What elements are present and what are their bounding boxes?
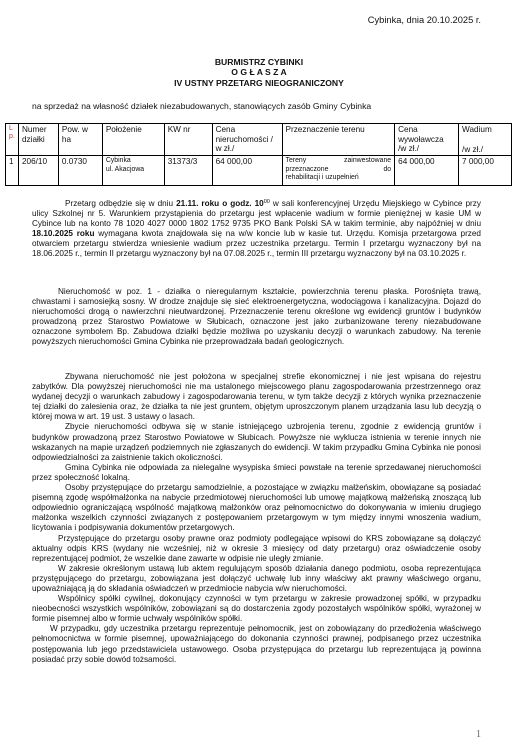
announces-label: O G Ł A S Z A [0, 67, 518, 77]
header-starting-price: Cena wywoławcza /w zł./ [395, 124, 459, 156]
p1-deposit-deadline: 18.10.2025 roku [32, 229, 95, 238]
cell-location-city: Cybinka [106, 157, 161, 166]
paragraph-property-description: Nieruchomość w poz. 1 - działka o niereg… [32, 287, 481, 348]
header-lp-line2: p. [9, 133, 15, 141]
p1-tender-datetime: 21.11. roku o godz. 10 [176, 199, 264, 208]
cell-land-use-line2: przeznaczone do [286, 166, 392, 175]
cell-lp: 1 [6, 156, 19, 186]
announcement-heading: BURMISTRZ CYBINKI O G Ł A S Z A IV USTNY… [0, 57, 518, 88]
header-starting-price-unit: /w zł./ [398, 144, 455, 154]
paragraph-tender-date: Przetarg odbędzie się w dniu 21.11. roku… [32, 197, 481, 260]
header-area: Pow. w ha [58, 124, 102, 156]
paragraph-utilities: Zbycie nieruchomości odbywa się w stanie… [32, 422, 481, 462]
header-starting-price-label: Cena wywoławcza [398, 125, 455, 144]
paragraph-krs-entities: Przystępujące do przetargu osoby prawne … [32, 534, 481, 564]
header-lp-line1: L [9, 125, 15, 133]
table-row: 1 206/10 0.0730 Cybinka ul. Akacjowa 313… [6, 156, 512, 186]
cell-plot-number: 206/10 [18, 156, 58, 186]
header-lp: L p. [6, 124, 19, 156]
cell-deposit: 7 000,00 [459, 156, 512, 186]
cell-area: 0.0730 [58, 156, 102, 186]
paragraph-illegal-dumps: Gmina Cybinka nie odpowiada za nielegaln… [32, 463, 481, 483]
paragraph-proxy: W przypadku, gdy uczestnika przetargu re… [32, 624, 481, 664]
paragraph-civil-partnership: Wspólnicy spółki cywilnej, dokonujący cz… [32, 594, 481, 624]
header-property-price: Cena nieruchomości / w zł./ [212, 124, 282, 156]
header-deposit: Wadium /w zł./ [459, 124, 512, 156]
body-section-1: Przetarg odbędzie się w dniu 21.11. roku… [32, 197, 481, 260]
cell-land-use: Tereny zainwestowane przeznaczone do reh… [282, 156, 395, 186]
cell-starting-price: 64 000,00 [395, 156, 459, 186]
cell-property-price: 64 000,00 [212, 156, 282, 186]
cell-kw: 31373/3 [164, 156, 212, 186]
header-plot-number: Numer działki [18, 124, 58, 156]
header-location: Położenie [102, 124, 164, 156]
table-header-row: L p. Numer działki Pow. w ha Położenie K… [6, 124, 512, 156]
cell-land-use-line3: rehabilitacji i uzupełnień [286, 174, 392, 183]
header-land-use: Przeznaczenie terenu [282, 124, 395, 156]
cell-location-street: ul. Akacjowa [106, 166, 161, 175]
place-and-date: Cybinka, dnia 20.10.2025 r. [368, 15, 481, 25]
p1-text-a: Przetarg odbędzie się w dniu [65, 199, 176, 208]
paragraph-zoning: Zbywana nieruchomość nie jest położona w… [32, 372, 481, 422]
body-section-3: Zbywana nieruchomość nie jest położona w… [32, 372, 481, 665]
page-number: 1 [476, 730, 481, 740]
cell-location: Cybinka ul. Akacjowa [102, 156, 164, 186]
header-deposit-label: Wadium [462, 125, 508, 135]
plots-table: L p. Numer działki Pow. w ha Położenie K… [5, 123, 512, 186]
tender-title: IV USTNY PRZETARG NIEOGRANICZONY [0, 78, 518, 88]
body-section-2: Nieruchomość w poz. 1 - działka o niereg… [32, 287, 481, 348]
issuer-title: BURMISTRZ CYBINKI [0, 57, 518, 67]
announcement-subtitle: na sprzedaż na własność działek niezabud… [32, 101, 371, 111]
p1-text-e: wymagana kwota znajdowała się na w/w kon… [32, 229, 481, 258]
paragraph-spouse-consent: Osoby przystępujące do przetargu samodzi… [32, 483, 481, 533]
cell-land-use-line1: Tereny zainwestowane [286, 157, 392, 166]
header-deposit-unit: /w zł./ [462, 145, 508, 155]
header-kw: KW nr [164, 124, 212, 156]
paragraph-representation: W zakresie określonym ustawą lub aktem r… [32, 564, 481, 594]
